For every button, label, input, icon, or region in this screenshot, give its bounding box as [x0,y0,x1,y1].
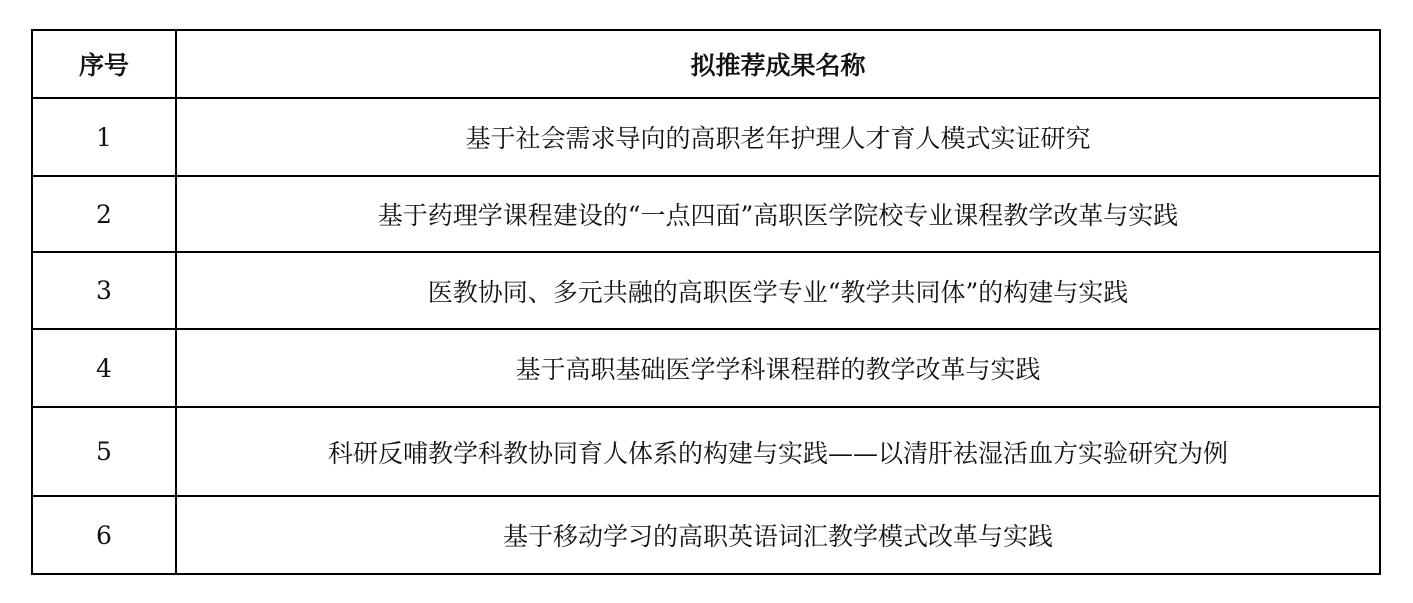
table-row: 3 医教协同、多元共融的高职医学专业“教学共同体”的构建与实践 [32,252,1380,329]
row-name: 科研反哺教学科教协同育人体系的构建与实践——以清肝祛湿活血方实验研究为例 [176,407,1380,496]
row-name: 基于高职基础医学学科课程群的教学改革与实践 [176,329,1380,407]
row-number: 5 [32,407,176,496]
row-number: 1 [32,98,176,176]
achievements-table: 序号 拟推荐成果名称 1 基于社会需求导向的高职老年护理人才育人模式实证研究 2… [31,29,1381,575]
table-row: 5 科研反哺教学科教协同育人体系的构建与实践——以清肝祛湿活血方实验研究为例 [32,407,1380,496]
row-name: 基于药理学课程建设的“一点四面”高职医学院校专业课程教学改革与实践 [176,176,1380,252]
row-number: 4 [32,329,176,407]
row-name: 医教协同、多元共融的高职医学专业“教学共同体”的构建与实践 [176,252,1380,329]
header-serial-number: 序号 [32,30,176,98]
header-achievement-name: 拟推荐成果名称 [176,30,1380,98]
row-number: 2 [32,176,176,252]
row-name: 基于社会需求导向的高职老年护理人才育人模式实证研究 [176,98,1380,176]
table-row: 1 基于社会需求导向的高职老年护理人才育人模式实证研究 [32,98,1380,176]
row-name: 基于移动学习的高职英语词汇教学模式改革与实践 [176,496,1380,574]
table-row: 6 基于移动学习的高职英语词汇教学模式改革与实践 [32,496,1380,574]
header-row: 序号 拟推荐成果名称 [32,30,1380,98]
row-number: 3 [32,252,176,329]
table-row: 4 基于高职基础医学学科课程群的教学改革与实践 [32,329,1380,407]
table-row: 2 基于药理学课程建设的“一点四面”高职医学院校专业课程教学改革与实践 [32,176,1380,252]
row-number: 6 [32,496,176,574]
